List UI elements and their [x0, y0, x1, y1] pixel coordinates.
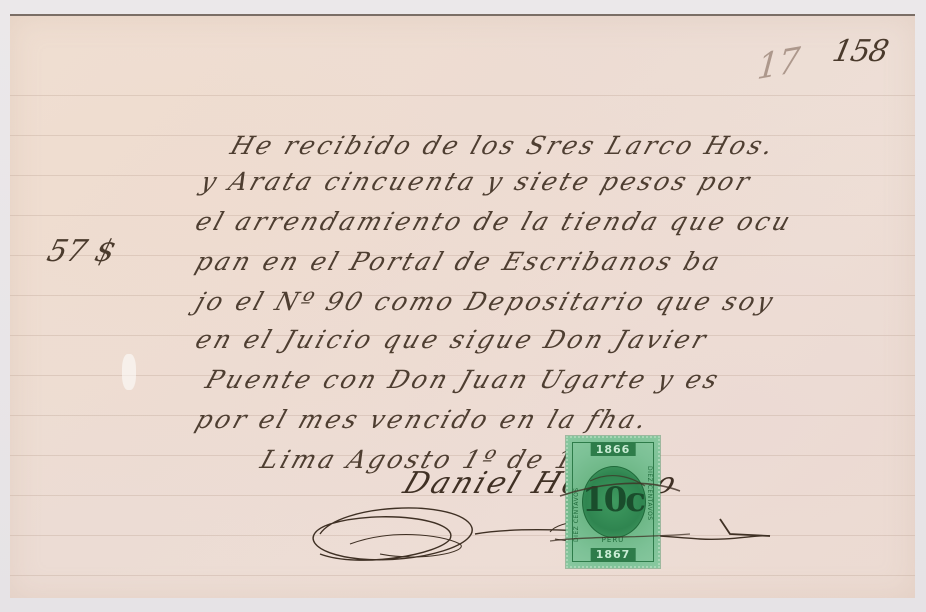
body-line-6: en el Juicio que sigue Don Javier [185, 320, 926, 360]
body-line-2: y Arata cincuenta y siete pesos por [185, 162, 926, 202]
stamp-year-top: 1866 [591, 443, 636, 456]
signature-flourish [300, 494, 780, 584]
body-line-4: pan en el Portal de Escribanos ba [185, 242, 926, 282]
stamp-legend: PERU [568, 536, 658, 544]
body-line-3: el arrendamiento de la tienda que ocu [185, 202, 926, 242]
margin-amount: 57 $ [43, 234, 119, 269]
pencil-annotation: 17 [755, 40, 801, 89]
stamp-year-bottom: 1867 [591, 548, 636, 561]
stamp-value: 10c [568, 480, 658, 520]
body-line-7: Puente con Don Juan Ugarte y es [185, 360, 926, 400]
body-line-1: He recibido de los Sres Larco Hos. [185, 126, 926, 166]
revenue-stamp: 1866 DIEZ CENTAVOS DIEZ CENTAVOS 10c PER… [566, 436, 660, 568]
receipt-paper: 17 158 57 $ He recibido de los Sres Larc… [10, 14, 915, 598]
receipt-body: He recibido de los Sres Larco Hos. y Ara… [185, 126, 915, 480]
paper-blemish [122, 354, 136, 390]
body-line-5: jo el Nº 90 como Depositario que soy [185, 282, 926, 322]
body-line-8: por el mes vencido en la fha. [185, 400, 926, 440]
folio-number: 158 [829, 34, 891, 69]
